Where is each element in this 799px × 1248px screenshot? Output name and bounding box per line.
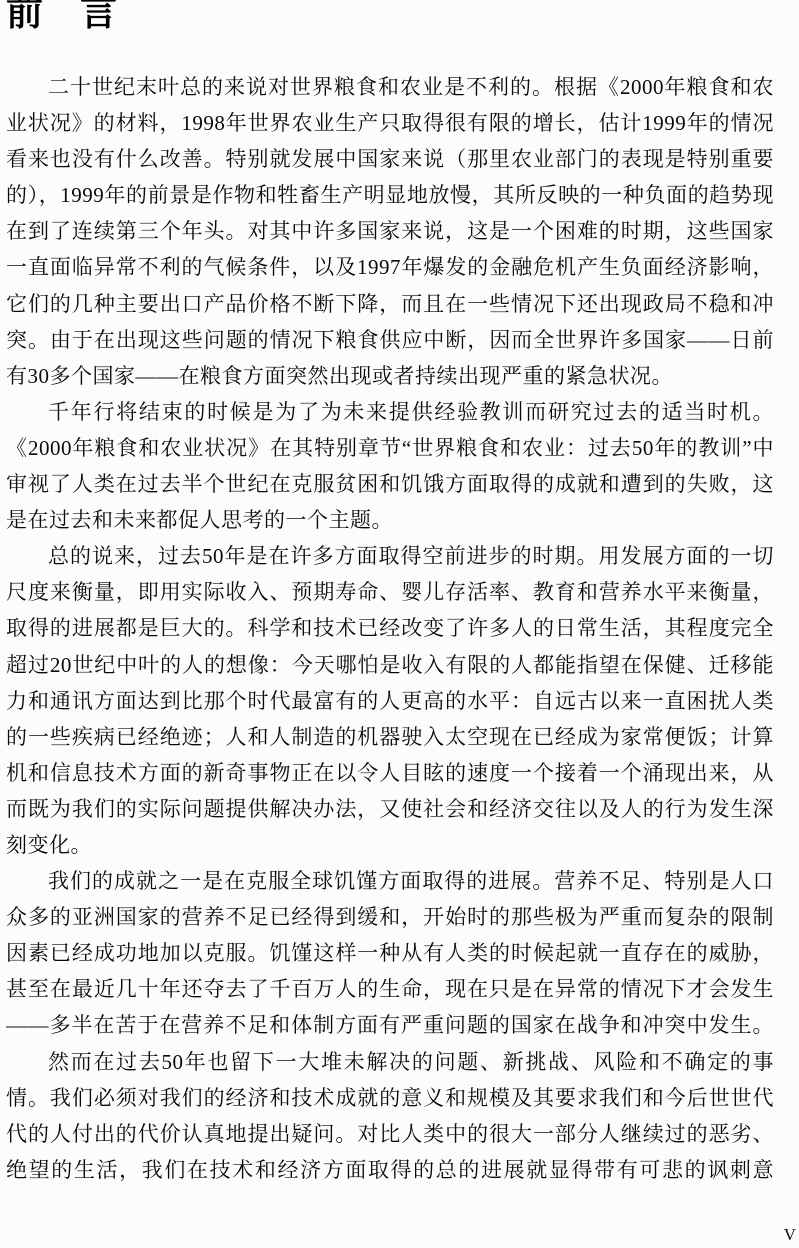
document-page: 前 言 二十世纪末叶总的来说对世界粮食和农业是不利的。根据《2000年粮食和农 … (0, 0, 799, 1248)
text-line: 突。由于在出现这些问题的情况下粮食供应中断，因而全世界许多国家——日前 (6, 322, 774, 358)
text-line: 取得的进展都是巨大的。科学和技术已经改变了许多人的日常生活，其程度完全 (6, 610, 774, 646)
text-line: 绝望的生活，我们在技术和经济方面取得的总的进展就显得带有可悲的讽刺意味。 (6, 1152, 774, 1188)
text-line: 它们的几种主要出口产品价格不断下降，而且在一些情况下还出现政局不稳和冲 (6, 286, 774, 322)
text-line: 然而在过去50年也留下一大堆未解决的问题、新挑战、风险和不确定的事 (6, 1044, 774, 1080)
paragraph-1: 二十世纪末叶总的来说对世界粮食和农业是不利的。根据《2000年粮食和农 业状况》… (6, 69, 774, 394)
text-line: 在到了连续第三个年头。对其中许多国家来说，这是一个困难的时期，这些国家 (6, 213, 774, 249)
text-line: 业状况》的材料，1998年世界农业生产只取得很有限的增长，估计1999年的情况 (6, 105, 774, 141)
text-line: 因素已经成功地加以克服。饥馑这样一种从有人类的时候起就一直存在的威胁， (6, 935, 774, 971)
text-line: 而既为我们的实际问题提供解决办法，又使社会和经济交往以及人的行为发生深 (6, 791, 774, 827)
paragraph-3: 总的说来，过去50年是在许多方面取得空前进步的时期。用发展方面的一切 尺度来衡量… (6, 538, 774, 863)
text-line: 是在过去和未来都促人思考的一个主题。 (6, 502, 774, 538)
text-line: 审视了人类在过去半个世纪在克服贫困和饥饿方面取得的成就和遭到的失败，这 (6, 466, 774, 502)
paragraph-2: 千年行将结束的时候是为了为未来提供经验教训而研究过去的适当时机。 《2000年粮… (6, 394, 774, 538)
text-line: 众多的亚洲国家的营养不足已经得到缓和，开始时的那些极为严重而复杂的限制 (6, 899, 774, 935)
text-body: 二十世纪末叶总的来说对世界粮食和农业是不利的。根据《2000年粮食和农 业状况》… (6, 69, 774, 1188)
text-line: 《2000年粮食和农业状况》在其特别章节“世界粮食和农业：过去50年的教训”中 (6, 430, 774, 466)
text-line: 刻变化。 (6, 827, 774, 863)
paragraph-4: 我们的成就之一是在克服全球饥馑方面取得的进展。营养不足、特别是人口 众多的亚洲国… (6, 863, 774, 1043)
text-line: 超过20世纪中叶的人的想像：今天哪怕是收入有限的人都能指望在保健、迁移能 (6, 647, 774, 683)
text-line: 的），1999年的前景是作物和牲畜生产明显地放慢，其所反映的一种负面的趋势现 (6, 177, 774, 213)
text-line: 力和通讯方面达到比那个时代最富有的人更高的水平：自远古以来一直困扰人类 (6, 683, 774, 719)
text-line: 总的说来，过去50年是在许多方面取得空前进步的时期。用发展方面的一切 (6, 538, 774, 574)
paragraph-5: 然而在过去50年也留下一大堆未解决的问题、新挑战、风险和不确定的事 情。我们必须… (6, 1044, 774, 1188)
text-line: 情。我们必须对我们的经济和技术成就的意义和规模及其要求我们和今后世世代 (6, 1080, 774, 1116)
text-line: 我们的成就之一是在克服全球饥馑方面取得的进展。营养不足、特别是人口 (6, 863, 774, 899)
text-line: 有30多个国家——在粮食方面突然出现或者持续出现严重的紧急状况。 (6, 358, 774, 394)
text-line: 千年行将结束的时候是为了为未来提供经验教训而研究过去的适当时机。 (6, 394, 774, 430)
text-line: 一直面临异常不利的气候条件，以及1997年爆发的金融危机产生负面经济影响， (6, 249, 774, 285)
page-number: V (784, 1225, 796, 1245)
text-line: 代的人付出的代价认真地提出疑问。对比人类中的很大一部分人继续过的恶劣、 (6, 1116, 774, 1152)
text-line: ——多半在苦于在营养不足和体制方面有严重问题的国家在战争和冲突中发生。 (6, 1007, 774, 1043)
text-line: 看来也没有什么改善。特别就发展中国家来说（那里农业部门的表现是特别重要 (6, 141, 774, 177)
page-title: 前 言 (6, 0, 117, 34)
text-line: 机和信息技术方面的新奇事物正在以令人目眩的速度一个接着一个涌现出来，从 (6, 755, 774, 791)
text-line: 甚至在最近几十年还夺去了千百万人的生命，现在只是在异常的情况下才会发生 (6, 971, 774, 1007)
text-line: 二十世纪末叶总的来说对世界粮食和农业是不利的。根据《2000年粮食和农 (6, 69, 774, 105)
text-line: 尺度来衡量，即用实际收入、预期寿命、婴儿存活率、教育和营养水平来衡量，所 (6, 574, 774, 610)
text-line: 的一些疾病已经绝迹；人和人制造的机器驶入太空现在已经成为家常便饭；计算 (6, 719, 774, 755)
